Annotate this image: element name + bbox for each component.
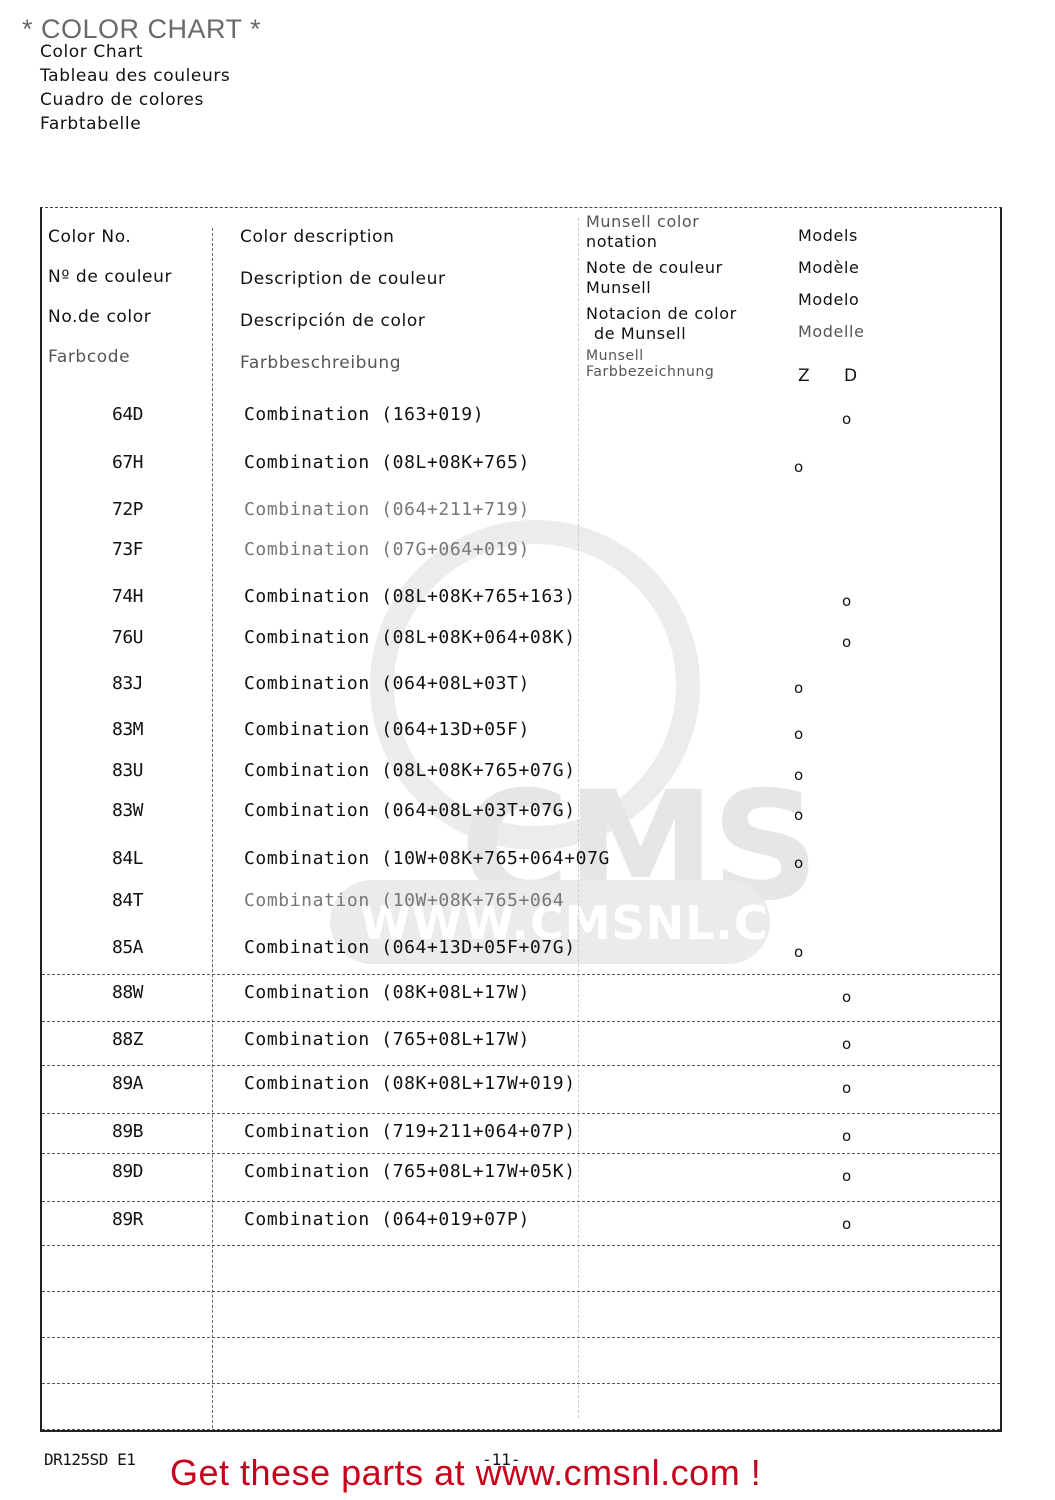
model-d-mark: o (842, 988, 851, 1006)
model-z-mark: o (794, 854, 803, 872)
model-d-mark: o (842, 1035, 851, 1053)
model-column-z: Z (798, 366, 810, 386)
model-d-mark: o (842, 1167, 851, 1185)
model-d-mark: o (842, 1079, 851, 1097)
color-description: Combination (064+08L+03T) (244, 673, 530, 694)
header-text: Modelo (798, 286, 865, 318)
color-code: 89R (112, 1209, 143, 1230)
color-code: 84T (112, 890, 143, 911)
color-code: 83M (112, 719, 143, 740)
empty-table-row (42, 1337, 1000, 1384)
header-text: notation (586, 232, 737, 252)
footer-model-code: DR125SD E1 (44, 1450, 135, 1469)
table-row: 83JCombination (064+08L+03T)o (42, 665, 1000, 711)
color-description: Combination (064+13D+05F) (244, 719, 530, 740)
header-color-description: Color description Description de couleur… (240, 222, 446, 390)
model-column-d: D (844, 366, 857, 386)
table-row: 88ZCombination (765+08L+17W)o (42, 1021, 1000, 1066)
color-description: Combination (08L+08K+765) (244, 452, 530, 473)
title-en: Color Chart (40, 40, 230, 64)
table-row: 64DCombination (163+019)o (42, 396, 1000, 444)
table-row: 85ACombination (064+13D+05F+07G)o (42, 929, 1000, 975)
color-description: Combination (719+211+064+07P) (244, 1121, 576, 1142)
table-row: 83UCombination (08L+08K+765+07G)o (42, 752, 1000, 792)
table-row: 88WCombination (08K+08L+17W)o (42, 974, 1000, 1022)
header-color-no: Color No. Nº de couleur No.de color Farb… (48, 222, 172, 382)
color-description: Combination (08L+08K+064+08K) (244, 627, 576, 648)
header-text: Description de couleur (240, 264, 446, 306)
header-munsell: Munsell color notation Note de couleur M… (586, 212, 737, 380)
header-text: Farbcode (48, 342, 172, 382)
model-z-mark: o (794, 806, 803, 824)
color-description: Combination (10W+08K+765+064+07G (244, 848, 610, 869)
table-row: 89ACombination (08K+08L+17W+019)o (42, 1065, 1000, 1114)
color-description: Combination (08L+08K+765+163) (244, 586, 576, 607)
color-code: 89B (112, 1121, 143, 1142)
model-d-mark: o (842, 410, 851, 428)
color-description: Combination (07G+064+019) (244, 539, 530, 560)
table-row: 74HCombination (08L+08K+765+163)o (42, 578, 1000, 619)
table-row: 67HCombination (08L+08K+765)o (42, 444, 1000, 491)
table-row: 89BCombination (719+211+064+07P)o (42, 1113, 1000, 1154)
color-code: 72P (112, 499, 143, 520)
color-code: 88W (112, 982, 143, 1003)
color-code: 84L (112, 848, 143, 869)
header-text: No.de color (48, 302, 172, 342)
model-d-mark: o (842, 592, 851, 610)
color-description: Combination (08L+08K+765+07G) (244, 760, 576, 781)
table-row: 89RCombination (064+019+07P)o (42, 1201, 1000, 1246)
color-code: 83W (112, 800, 143, 821)
empty-table-row (42, 1245, 1000, 1292)
color-description: Combination (163+019) (244, 404, 484, 425)
header-text: Farbbeschreibung (240, 348, 446, 390)
color-description: Combination (064+13D+05F+07G) (244, 937, 576, 958)
color-description: Combination (10W+08K+765+064 (244, 890, 564, 911)
model-z-mark: o (794, 766, 803, 784)
header-text: Notacion de color (586, 304, 737, 324)
header-text: Munsell (586, 278, 737, 298)
header-text: Modelle (798, 318, 865, 350)
color-code: 89D (112, 1161, 143, 1182)
model-d-mark: o (842, 1215, 851, 1233)
color-code: 83U (112, 760, 143, 781)
color-chart-table: Color No. Nº de couleur No.de color Farb… (40, 207, 1002, 1432)
color-code: 64D (112, 404, 143, 425)
header-text: Farbbezeichnung (586, 364, 737, 380)
empty-table-row (42, 1383, 1000, 1430)
color-code: 74H (112, 586, 143, 607)
color-code: 67H (112, 452, 143, 473)
table-row: 72PCombination (064+211+719) (42, 491, 1000, 531)
table-row: 84TCombination (10W+08K+765+064 (42, 882, 1000, 929)
color-description: Combination (064+211+719) (244, 499, 530, 520)
model-d-mark: o (842, 633, 851, 651)
color-description: Combination (08K+08L+17W) (244, 982, 530, 1003)
header-text: Modèle (798, 254, 865, 286)
model-z-mark: o (794, 725, 803, 743)
header-models: Models Modèle Modelo Modelle (798, 222, 865, 350)
header-text: Munsell (586, 348, 737, 364)
table-row: 83WCombination (064+08L+03T+07G)o (42, 792, 1000, 840)
color-code: 85A (112, 937, 143, 958)
color-description: Combination (765+08L+17W+05K) (244, 1161, 576, 1182)
color-description: Combination (064+08L+03T+07G) (244, 800, 576, 821)
model-d-mark: o (842, 1127, 851, 1145)
empty-table-row (42, 1291, 1000, 1338)
header-text: Color No. (48, 222, 172, 262)
header-text: Models (798, 222, 865, 254)
color-description: Combination (765+08L+17W) (244, 1029, 530, 1050)
header-text: Note de couleur (586, 258, 737, 278)
promo-banner[interactable]: Get these parts at www.cmsnl.com ! (170, 1452, 761, 1494)
table-row: 84LCombination (10W+08K+765+064+07Go (42, 840, 1000, 882)
color-code: 73F (112, 539, 143, 560)
table-row: 89DCombination (765+08L+17W+05K)o (42, 1153, 1000, 1202)
header-text: Color description (240, 222, 446, 264)
chart-titles: Color Chart Tableau des couleurs Cuadro … (40, 40, 230, 136)
header-text: Descripción de color (240, 306, 446, 348)
color-code: 89A (112, 1073, 143, 1094)
model-z-mark: o (794, 458, 803, 476)
color-code: 88Z (112, 1029, 143, 1050)
header-text: Nº de couleur (48, 262, 172, 302)
title-fr: Tableau des couleurs (40, 64, 230, 88)
color-code: 83J (112, 673, 143, 694)
model-z-mark: o (794, 943, 803, 961)
title-de: Farbtabelle (40, 112, 230, 136)
color-description: Combination (08K+08L+17W+019) (244, 1073, 576, 1094)
table-row: 83MCombination (064+13D+05F)o (42, 711, 1000, 752)
table-row: 73FCombination (07G+064+019) (42, 531, 1000, 578)
header-text: de Munsell (586, 324, 737, 344)
color-code: 76U (112, 627, 143, 648)
title-es: Cuadro de colores (40, 88, 230, 112)
table-row: 76UCombination (08L+08K+064+08K)o (42, 619, 1000, 665)
color-description: Combination (064+019+07P) (244, 1209, 530, 1230)
header-text: Munsell color (586, 212, 737, 232)
model-z-mark: o (794, 679, 803, 697)
